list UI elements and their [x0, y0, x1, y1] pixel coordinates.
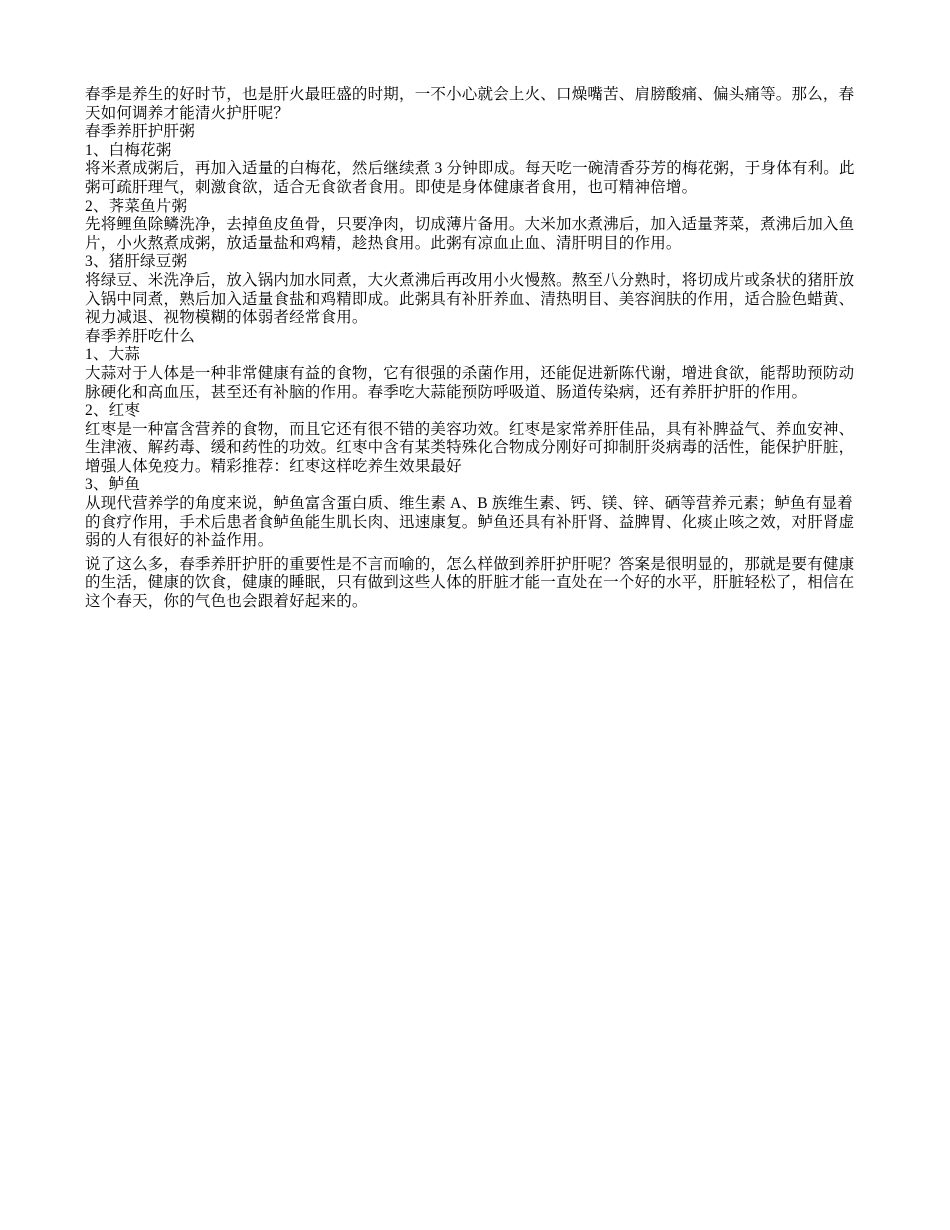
paragraph-perch: 从现代营养学的角度来说，鲈鱼富含蛋白质、维生素 A、B 族维生素、钙、镁、锌、硒…	[85, 495, 866, 551]
item-heading-plum-porridge: 1、白梅花粥	[85, 142, 866, 161]
paragraph-plum-porridge: 将米煮成粥后，再加入适量的白梅花，然后继续煮 3 分钟即成。每天吃一碗清香芬芳的…	[85, 160, 866, 197]
paragraph-fish-porridge: 先将鲤鱼除鳞洗净，去掉鱼皮鱼骨，只要净肉，切成薄片备用。大米加水煮沸后，加入适量…	[85, 216, 866, 253]
item-heading-garlic: 1、大蒜	[85, 346, 866, 365]
section-heading-foods: 春季养肝吃什么	[85, 328, 866, 347]
document-page: { "page": { "background_color": "#ffffff…	[0, 0, 950, 1230]
item-heading-red-date: 2、红枣	[85, 402, 866, 421]
article-body: 春季是养生的好时节，也是肝火最旺盛的时期，一不小心就会上火、口燥嘴苦、肩膀酸痛、…	[85, 86, 866, 612]
item-heading-perch: 3、鲈鱼	[85, 476, 866, 495]
paragraph-liver-porridge: 将绿豆、米洗净后，放入锅内加水同煮，大火煮沸后再改用小火慢熬。熬至八分熟时，将切…	[85, 272, 866, 328]
paragraph-garlic: 大蒜对于人体是一种非常健康有益的食物，它有很强的杀菌作用，还能促进新陈代谢，增进…	[85, 365, 866, 402]
closing-paragraph: 说了这么多，春季养肝护肝的重要性是不言而喻的，怎么样做到养肝护肝呢？答案是很明显…	[85, 556, 866, 612]
item-heading-liver-porridge: 3、猪肝绿豆粥	[85, 253, 866, 272]
item-heading-fish-porridge: 2、荠菜鱼片粥	[85, 198, 866, 217]
intro-paragraph: 春季是养生的好时节，也是肝火最旺盛的时期，一不小心就会上火、口燥嘴苦、肩膀酸痛、…	[85, 86, 866, 123]
paragraph-red-date: 红枣是一种富含营养的食物，而且它还有很不错的美容功效。红枣是家常养肝佳品，具有补…	[85, 421, 866, 477]
section-heading-porridge: 春季养肝护肝粥	[85, 123, 866, 142]
page: 春季是养生的好时节，也是肝火最旺盛的时期，一不小心就会上火、口燥嘴苦、肩膀酸痛、…	[0, 0, 950, 1230]
